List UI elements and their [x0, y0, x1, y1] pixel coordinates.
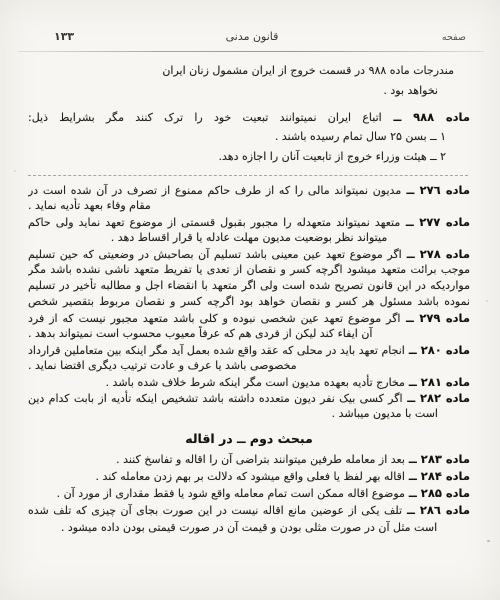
header-rule	[18, 51, 484, 52]
article-number: ماده ۲۸۰ ــ	[405, 343, 470, 357]
page-title: قانون مدنی	[226, 30, 279, 43]
text-line: موجب برائت متعهد میشود اگرچه کسر و نقصان…	[28, 262, 470, 278]
page-header: ۱۳۳ قانون مدنی صفحه	[30, 30, 474, 48]
text-line: ۲ ــ هیئت وزراء خروج از تابعیت آنان را ا…	[28, 147, 470, 167]
text-line: ماده ۲۸۱ ــ مخارج تأدیه بعهده مدیون است …	[28, 374, 470, 390]
page-body: مندرجات ماده ۹۸۸ در قسمت خروج از ایران م…	[28, 61, 470, 536]
article-number: ماده ۲۷۸ ــ	[402, 247, 470, 261]
text-line: ماده ۲۸۰ ــ انجام تعهد باید در محلی که ع…	[28, 342, 470, 358]
text-line: ماده ۹۸۸ ــ اتباع ایران نمیتوانند تبعیت …	[28, 107, 470, 127]
article-number: ماده ۲۸٦ ــ	[402, 503, 470, 517]
text-line: آن ایفاء کند لیکن از فردی هم که عرفاً مع…	[28, 326, 470, 342]
article-number: ماده ۲۸۴ ــ	[405, 469, 470, 483]
text-line: ماده ۲۸۵ ــ موضوع اقاله ممکن است تمام مع…	[28, 485, 470, 502]
scan-noise-speck	[14, 170, 16, 172]
text-line: ماده ۲۷۷ ــ متعهد نمیتواند متعهدله را مج…	[28, 214, 470, 230]
text-line: ماده ۲۸۳ ــ بعد از معامله طرفین میتوانند…	[28, 451, 470, 468]
text-line: نخواهد بود .	[28, 81, 470, 101]
text-line: مندرجات ماده ۹۸۸ در قسمت خروج از ایران م…	[28, 61, 470, 81]
scan-noise-speck	[487, 540, 490, 542]
article-number: ماده ۲۸۳ ــ	[405, 452, 470, 466]
text-line: ۱ ــ بسن ۲۵ سال تمام رسیده باشند .	[28, 127, 470, 147]
text-line: ماده ۲۸۴ ــ اقاله بهر لفظ یا فعلی واقع م…	[28, 468, 470, 485]
article-number: ماده ۲۸۵ ــ	[405, 486, 470, 500]
text-line: میتواند نظر بوضعیت مدیون مهلت عادله یا ق…	[28, 230, 470, 246]
article-number: ماده ۲۷۹ ــ	[401, 311, 471, 325]
text-line: ماده ۲۷٦ ــ مدیون نمیتواند مالی را که از…	[28, 182, 470, 198]
section-separator	[28, 175, 468, 176]
text-line: است مثل آن در صورت مثلی بودن و قیمت آن د…	[28, 519, 470, 536]
text-line: نموده باشد مسئول هر کسر و نقصان خواهد بو…	[28, 294, 470, 310]
page-number: ۱۳۳	[54, 30, 74, 43]
article-number: ماده ۲۷۷ ــ	[400, 215, 470, 229]
article-number: ماده ۲۷٦ ــ	[401, 183, 470, 197]
text-line: مقام وفاء بعهد تأدیه نماید .	[28, 198, 470, 214]
scan-noise-speck	[486, 300, 488, 302]
text-line: ماده ۲۸٦ ــ تلف یکی از عوضین مانع اقاله …	[28, 502, 470, 519]
page-label: صفحه	[442, 32, 466, 43]
section-heading: مبحث دوم ــ در اقاله	[28, 429, 470, 449]
text-line: ماده ۲۷۹ ــ اگر موضوع تعهد عین شخصی نبود…	[28, 310, 470, 326]
text-line: است با مدیون میباشد .	[28, 406, 470, 422]
text-line: ماده ۲۸۲ ــ اگر کسی بیک نفر دیون متعدده …	[28, 390, 470, 406]
text-line: مخصوصی باشد یا عرف و عادت ترتیب دیگری اق…	[28, 358, 470, 374]
text-line: ماده ۲۷۸ ــ اگر موضوع تعهد عین معینی باش…	[28, 246, 470, 262]
text-line: مواردیکه در این قانون تصریح شده است ولی …	[28, 278, 470, 294]
article-number: ماده ۹۸۸ ــ	[382, 110, 470, 124]
scanned-book-page: ۱۳۳ قانون مدنی صفحه مندرجات ماده ۹۸۸ در …	[0, 0, 500, 600]
article-number: ماده ۲۸۲ ــ	[403, 391, 470, 405]
article-number: ماده ۲۸۱ ــ	[405, 375, 470, 389]
